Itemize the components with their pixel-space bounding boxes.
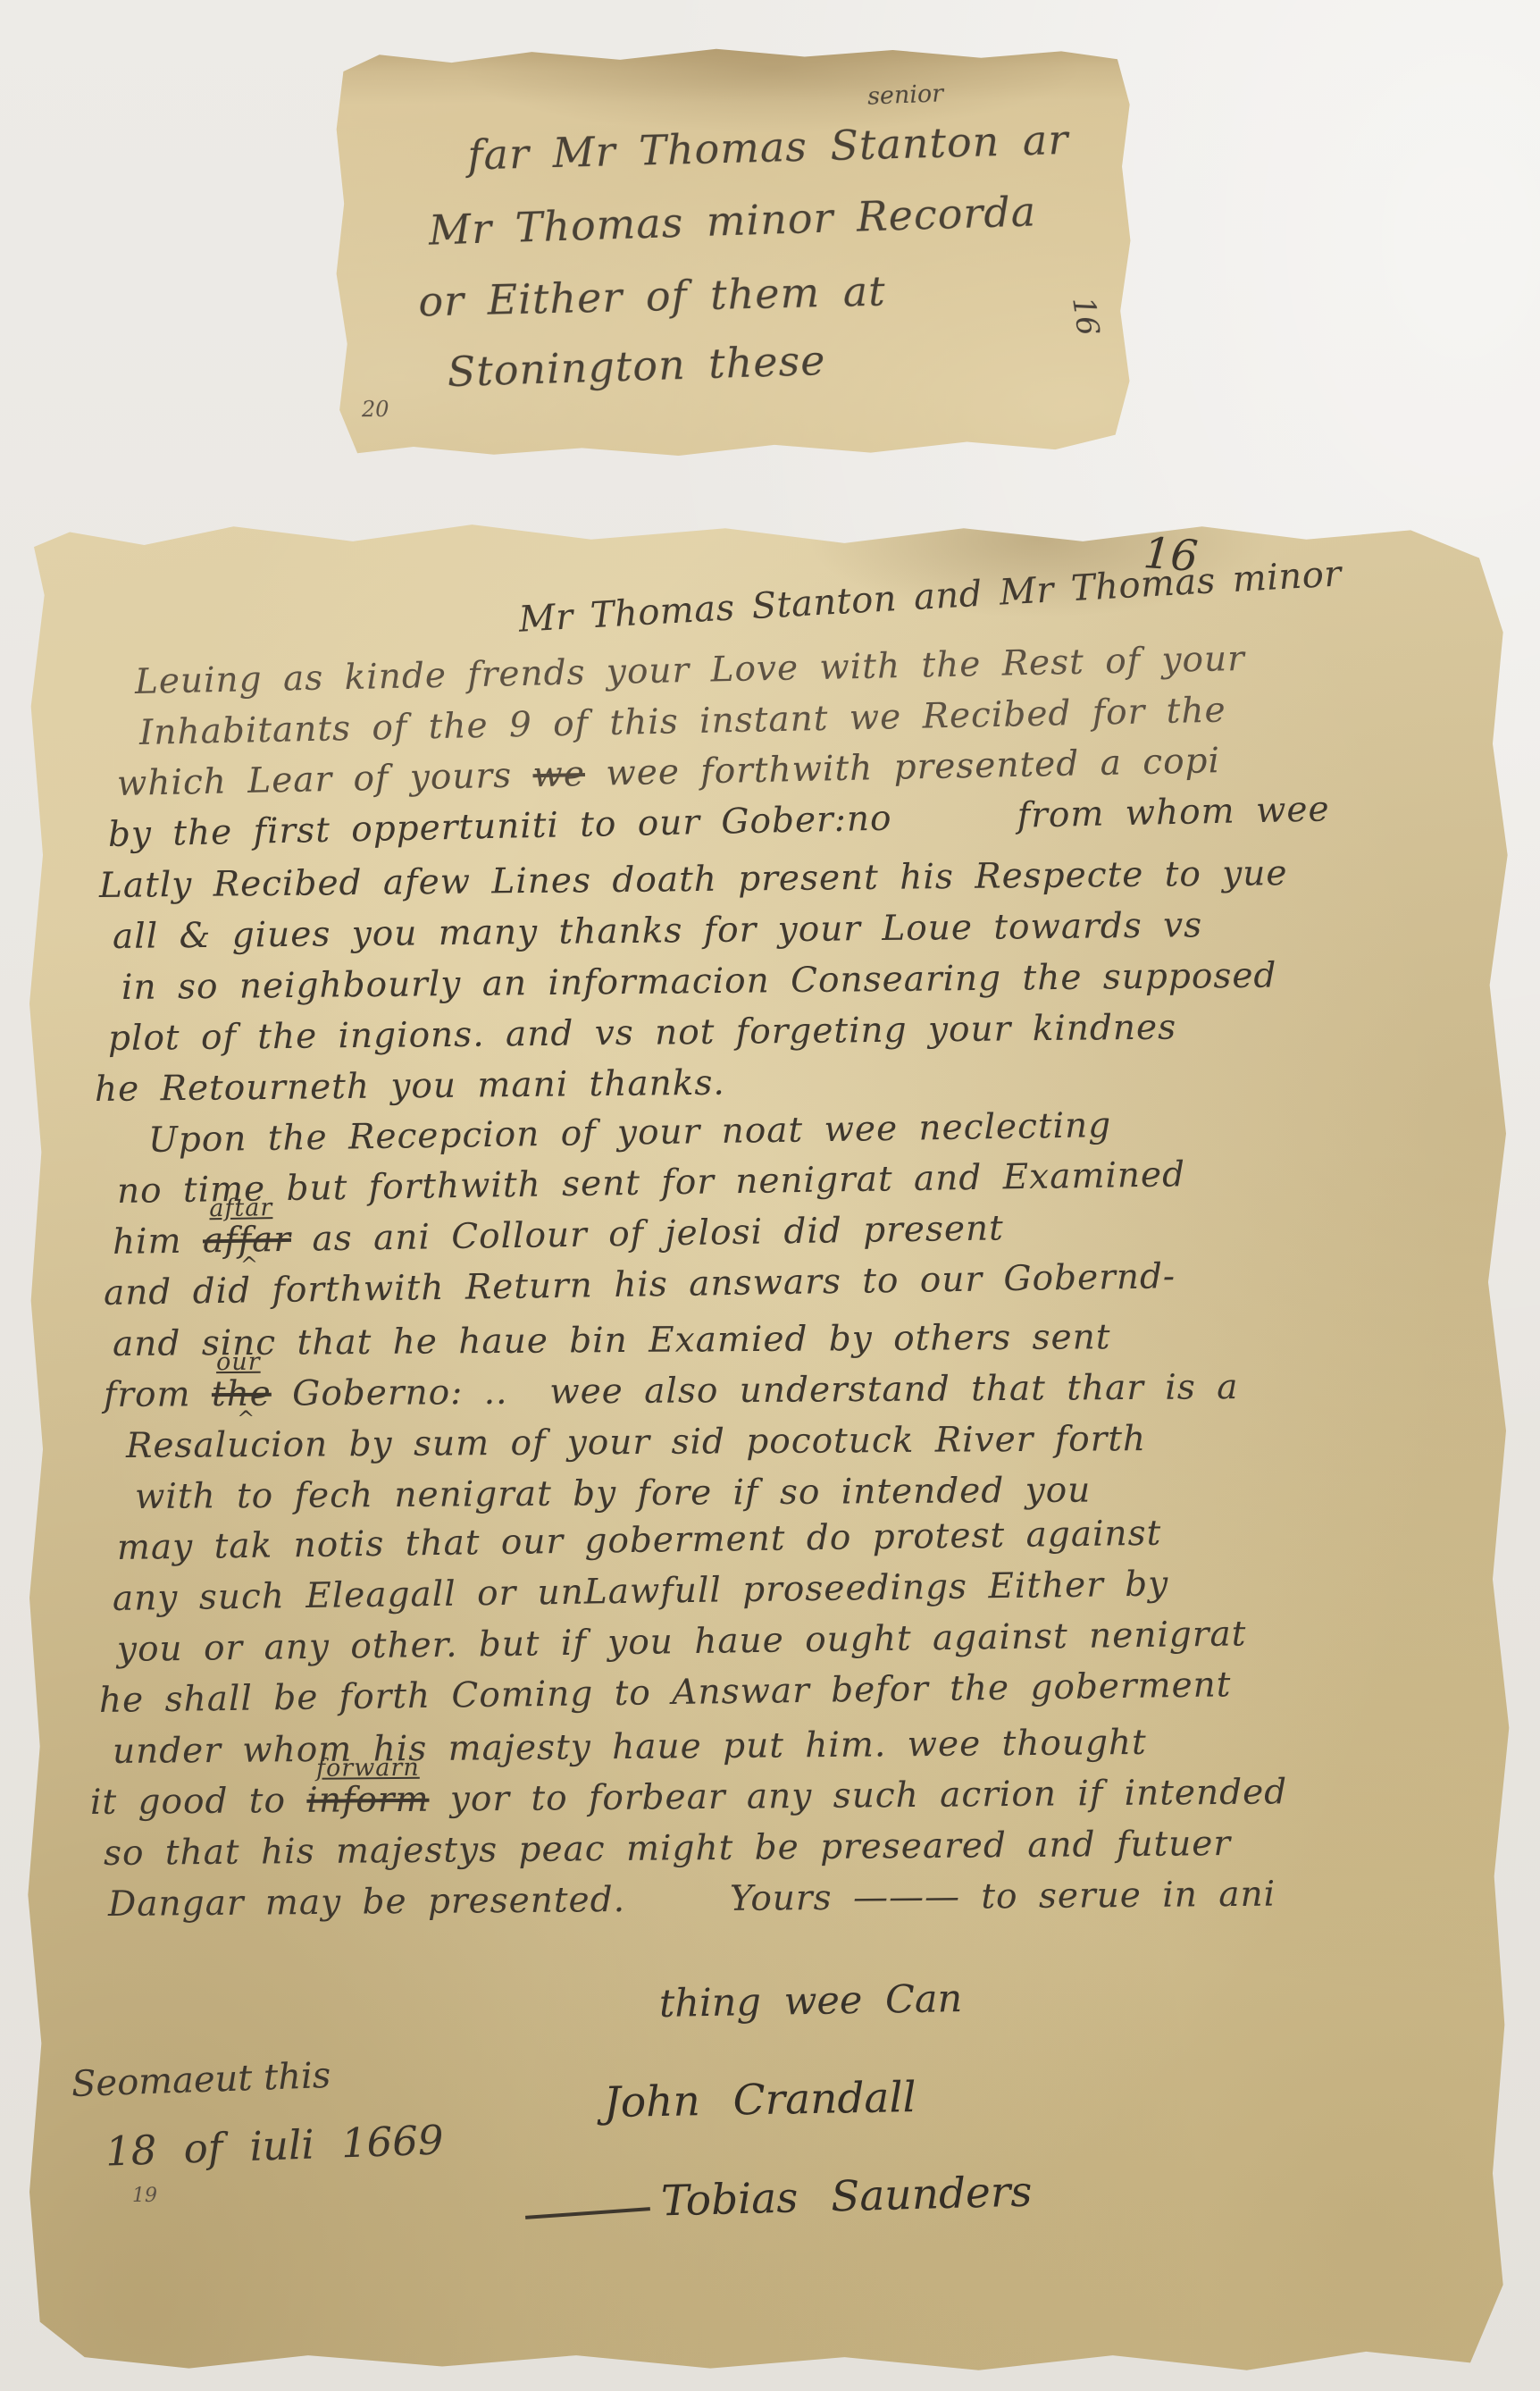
- signature-flourish: [525, 2207, 650, 2219]
- edit-insertion: informforwarn: [306, 1774, 430, 1826]
- inserted-word: our: [216, 1337, 261, 1388]
- line-text: from: [104, 1374, 212, 1415]
- edit-insertion: affaraftar^: [203, 1214, 292, 1267]
- struck-word: we: [532, 754, 585, 795]
- line-text: wee forthwith presented a copi: [584, 741, 1220, 794]
- closing-small-number: 19: [132, 2185, 157, 2207]
- address-slip: senior far Mr Thomas Stanton ar Mr Thoma…: [331, 43, 1135, 460]
- letter-body: Leuing as kinde frends your Love with th…: [95, 657, 1488, 1930]
- line-text: as ani Collour of jelosi did present: [291, 1208, 1005, 1260]
- signature-john-crandall: John Crandall: [604, 2073, 916, 2127]
- address-line: or Either of them at: [418, 267, 886, 326]
- superscript-senior: senior: [867, 80, 944, 110]
- edit-insertion: theour^: [212, 1369, 272, 1420]
- letter-line: Resalucion by sum of your sid pocotuck R…: [126, 1411, 1488, 1472]
- address-line: Mr Thomas minor Recorda: [428, 187, 1037, 254]
- closing-place-line: Seomaeut this: [71, 2055, 331, 2105]
- address-line: far Mr Thomas Stanton ar: [467, 115, 1069, 180]
- letter-line: from theour^ Goberno: .. wee also unders…: [104, 1360, 1488, 1421]
- slip-corner-number: 20: [362, 397, 389, 422]
- letter-line: Dangar may be presented. Yours ——— to se…: [108, 1867, 1488, 1930]
- line-text: it good to: [90, 1781, 307, 1823]
- line-text: yor to forbear any such acrion if intend…: [429, 1772, 1287, 1819]
- closing-served-line: thing wee Can: [659, 1976, 963, 2026]
- line-text: Goberno: .. wee also understand that tha…: [272, 1367, 1239, 1414]
- line-text: him: [113, 1221, 204, 1263]
- slip-side-number: 16: [1065, 295, 1106, 339]
- inserted-word: forwarn: [316, 1742, 420, 1794]
- address-line: Stonington these: [447, 336, 826, 396]
- line-text: which Lear of yours: [117, 755, 533, 804]
- scanned-manuscript-page: senior far Mr Thomas Stanton ar Mr Thoma…: [0, 0, 1540, 2391]
- letter-heading: Mr Thomas Stanton and Mr Thomas minor: [517, 553, 1343, 640]
- inserted-word: aftar: [209, 1182, 273, 1234]
- closing-date-line: 18 of iuli 1669: [105, 2116, 444, 2175]
- signature-tobias-saunders: Tobias Saunders: [660, 2168, 1033, 2227]
- letter-page: 16 Mr Thomas Stanton and Mr Thomas minor…: [25, 521, 1515, 2378]
